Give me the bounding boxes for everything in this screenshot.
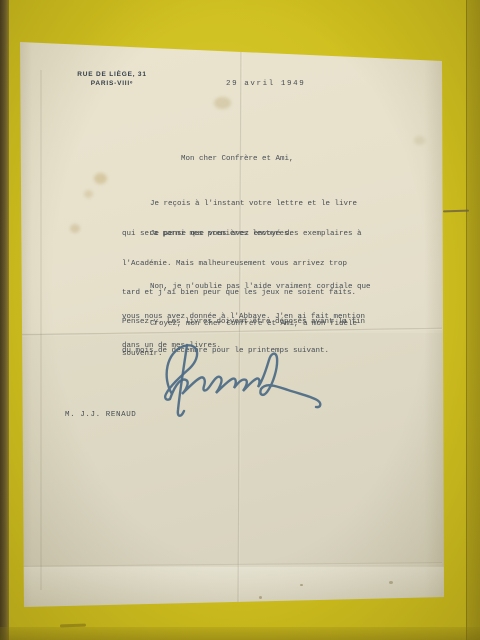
signature-stroke-main xyxy=(165,345,320,407)
paragraph-line: Je pense que vous avez envoyé des exempl… xyxy=(122,230,365,240)
recipient-name: M. J.J. RENAUD xyxy=(65,411,136,421)
paragraph-line: Non, je n'oublie pas l'aide vraiment cor… xyxy=(122,283,371,293)
letter-paper: RUE DE LIÈGE, 31 PARIS-VIIIᵉ 29 avril 19… xyxy=(0,0,480,640)
letterhead: RUE DE LIÈGE, 31 PARIS-VIIIᵉ xyxy=(52,70,172,88)
letter-date: 29 avril 1949 xyxy=(226,80,305,90)
letterhead-city: PARIS-VIIIᵉ xyxy=(52,79,172,88)
background-right-band xyxy=(467,0,480,640)
paper-stain xyxy=(214,97,231,109)
signature-autograph xyxy=(138,338,333,423)
paper-stain xyxy=(94,173,107,184)
photo-left-edge-shadow xyxy=(0,0,9,640)
paper-speck xyxy=(300,584,303,586)
paragraph-line: Je reçois à l'instant votre lettre et le… xyxy=(122,200,357,210)
background-bottom-band xyxy=(0,627,480,640)
paper-stain xyxy=(84,190,93,198)
paper-speck xyxy=(259,596,262,599)
salutation: Mon cher Confrère et Ami, xyxy=(181,155,294,165)
paragraph-line: Croyez, mon cher Confrère et Ami, à mon … xyxy=(122,320,357,330)
paper-stain xyxy=(414,136,425,145)
paper-speck xyxy=(389,581,393,584)
photo-of-letter: RUE DE LIÈGE, 31 PARIS-VIIIᵉ 29 avril 19… xyxy=(0,0,480,640)
background-seam-line xyxy=(466,0,467,640)
letterhead-street: RUE DE LIÈGE, 31 xyxy=(52,70,172,79)
paper-stain xyxy=(70,224,80,233)
